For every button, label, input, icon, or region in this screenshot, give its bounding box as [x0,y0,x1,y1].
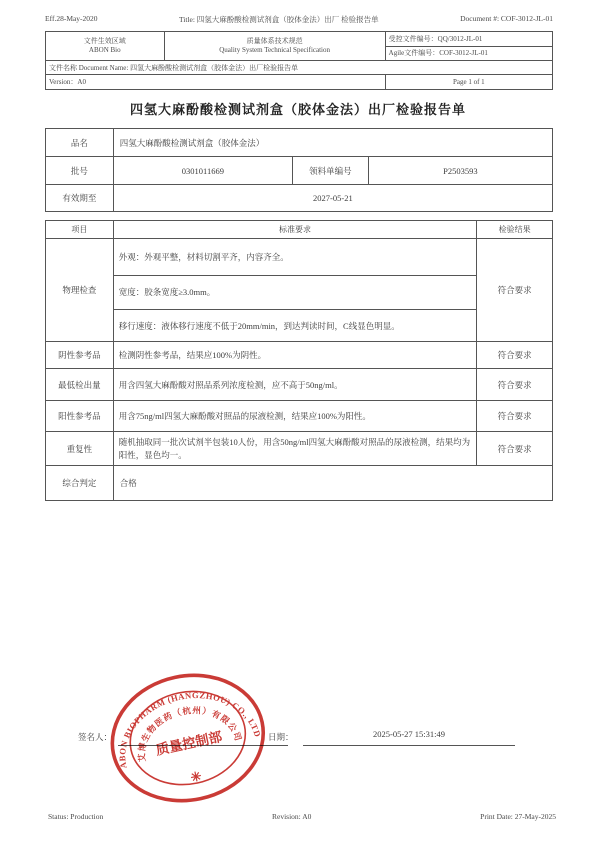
issuing-area-label: 文件生效区域 [84,37,126,46]
batch-label: 批号 [46,157,113,184]
negative-ref-label: 阴性参考品 [46,342,113,368]
footer-status: Status: Production [48,812,103,821]
company-stamp: ABON BIOPHARM (HANGZHOU) CO., LTD. 艾博生物医… [93,654,282,823]
final-judgement-label: 综合判定 [46,466,113,500]
min-detection-label: 最低检出量 [46,369,113,400]
issuing-area-cell: 文件生效区域 ABON Bio [46,32,164,60]
issuing-area-value: ABON Bio [89,46,121,55]
document-title-line: Title: 四氢大麻酚酸检测试剂盒（胶体金法）出厂 检验报告单 [98,14,461,25]
final-judgement-value: 合格 [113,466,552,500]
physical-migration: 移行速度：液体移行速度不低于20mm/min，到达判读时间，C线显色明显。 [114,309,477,341]
positive-ref-label: 阳性参考品 [46,401,113,431]
repeatability-label: 重复性 [46,432,113,465]
table-row: 综合判定 合格 [46,465,552,500]
physical-check-result: 符合要求 [476,239,552,341]
physical-appearance: 外观：外观平整，材料切割平齐，内容齐全。 [114,239,477,275]
header-requirement: 标准要求 [113,221,477,238]
spec-name-en: Quality System Technical Specification [219,46,330,55]
physical-check-label: 物理检查 [46,239,113,341]
top-header: Eff.28-May-2020 Title: 四氢大麻酚酸检测试剂盒（胶体金法）… [45,14,553,25]
product-name-label: 品名 [46,129,113,156]
header-result: 检验结果 [476,221,552,238]
table-row: 最低检出量 用含四氢大麻酚酸对照品系列浓度检测，应不高于50ng/ml。 符合要… [46,368,552,400]
min-detection-result: 符合要求 [476,369,552,400]
batch-value: 0301011669 [113,157,292,184]
document-control-table: 文件生效区域 ABON Bio 质量体系技术规范 Quality System … [45,31,553,90]
stamp-star-icon: ✳ [189,768,203,785]
product-name-value: 四氢大麻酚酸检测试剂盒（胶体金法） [113,129,552,156]
stamp-graphic: ABON BIOPHARM (HANGZHOU) CO., LTD. 艾博生物医… [93,654,282,823]
physical-width: 宽度：胶条宽度≥3.0mm。 [114,275,477,310]
version-cell: Version：A0 [46,75,385,89]
requisition-label: 领料单编号 [292,157,368,184]
table-row: 阴性参考品 检测阴性参考品，结果应100%为阴性。 符合要求 [46,341,552,368]
negative-ref-requirement: 检测阴性参考品，结果应100%为阴性。 [113,342,477,368]
document-number: Document #: COF-3012-JL-01 [460,14,553,25]
positive-ref-requirement: 用含75ng/ml四氢大麻酚酸对照品的尿液检测，结果应100%为阳性。 [113,401,477,431]
controlled-doc-number: 受控文件编号：QQ/3012-JL-01 [386,32,552,46]
min-detection-requirement: 用含四氢大麻酚酸对照品系列浓度检测，应不高于50ng/ml。 [113,369,477,400]
date-line [303,745,515,746]
report-page: Eff.28-May-2020 Title: 四氢大麻酚酸检测试剂盒（胶体金法）… [0,0,596,842]
expiry-label: 有效期至 [46,185,113,211]
page-number-cell: Page 1 of 1 [385,75,552,89]
repeatability-result: 符合要求 [476,432,552,465]
page-title: 四氢大麻酚酸检测试剂盒（胶体金法）出厂检验报告单 [0,99,596,118]
header-item: 项目 [46,221,113,238]
table-row: 阳性参考品 用含75ng/ml四氢大麻酚酸对照品的尿液检测，结果应100%为阳性… [46,400,552,431]
footer-print-date: Print Date: 27-May-2025 [480,812,556,821]
agile-doc-number: Agile文件编号：COF-3012-JL-01 [386,46,552,61]
page-footer: Status: Production Revision: A0 Print Da… [48,812,556,821]
signature-date-value: 2025-05-27 15:31:49 [303,729,515,739]
physical-check-requirements: 外观：外观平整，材料切割平齐，内容齐全。 宽度：胶条宽度≥3.0mm。 移行速度… [113,239,477,341]
negative-ref-result: 符合要求 [476,342,552,368]
spec-name-cn: 质量体系技术规范 [247,37,303,46]
table-row: 重复性 随机抽取同一批次试剂半包装10人份，用含50ng/ml四氢大麻酚酸对照品… [46,431,552,465]
product-info-table: 品名 四氢大麻酚酸检测试剂盒（胶体金法） 批号 0301011669 领料单编号… [45,128,553,212]
positive-ref-result: 符合要求 [476,401,552,431]
doc-numbers-cell: 受控文件编号：QQ/3012-JL-01 Agile文件编号：COF-3012-… [385,32,552,60]
stamp-department-text: 质量控制部 [154,728,224,758]
inspection-table: 项目 标准要求 检验结果 物理检查 外观：外观平整，材料切割平齐，内容齐全。 宽… [45,220,553,501]
repeatability-requirement: 随机抽取同一批次试剂半包装10人份，用含50ng/ml四氢大麻酚酸对照品的尿液检… [113,432,477,465]
spec-cell: 质量体系技术规范 Quality System Technical Specif… [164,32,385,60]
document-name-cell: 文件名称 Document Name: 四氢大麻酚酸检测试剂盒（胶体金法）出厂检… [46,61,552,74]
footer-revision: Revision: A0 [103,812,480,821]
effective-date: Eff.28-May-2020 [45,14,98,25]
expiry-value: 2027-05-21 [113,185,552,211]
requisition-value: P2503593 [368,157,552,184]
